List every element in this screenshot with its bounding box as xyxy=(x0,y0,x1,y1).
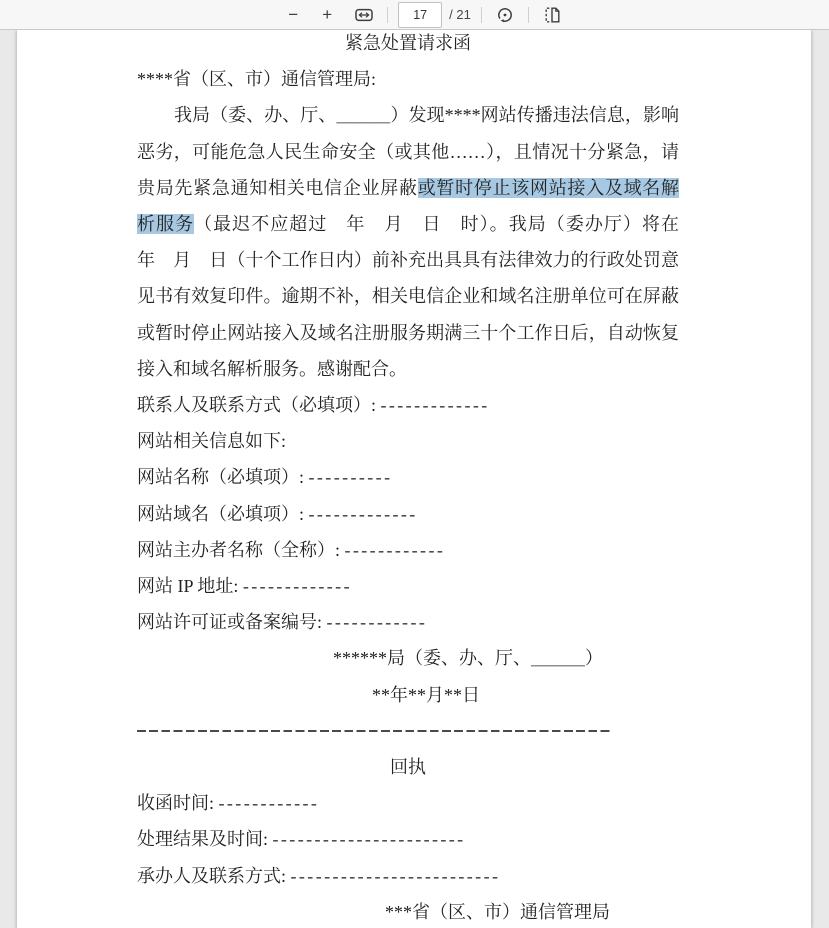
pdf-viewer: − + / 21 xyxy=(0,0,829,928)
form-field-contact: 联系人及联系方式（必填项）: ------------- xyxy=(137,387,679,423)
body-line-6: 见书有效复印件。逾期不补，相关电信企业和域名注册单位可在屏蔽 xyxy=(137,278,679,314)
text-segment: 贵局先紧急通知相关电信企业屏蔽 xyxy=(137,178,418,198)
text-segment: 网站主办者名称（全称）: xyxy=(137,540,345,560)
page-count-label: / 21 xyxy=(449,7,471,22)
pdf-page[interactable]: 紧急处置请求函****省（区、市）通信管理局:我局（委、办、厅、＿＿＿）发现**… xyxy=(17,29,811,928)
toolbar-separator xyxy=(387,7,388,23)
selection-highlight: 析服务 xyxy=(137,214,194,234)
text-segment: 我局（委、办、厅、＿＿＿）发现****网站传播违法信息，影响 xyxy=(174,105,679,125)
receipt-signature-org: ***省（区、市）通信管理局 xyxy=(137,894,679,928)
body-line-7: 或暂时停止网站接入及域名注册服务期满三十个工作日后，自动恢复 xyxy=(137,315,679,351)
receipt-field-received-time: 收函时间: ------------ xyxy=(137,785,679,821)
text-segment: ---------- xyxy=(309,467,393,487)
text-segment: ------------- xyxy=(381,395,490,415)
text-segment: 网站 IP 地址: xyxy=(137,576,243,596)
text-segment: （最迟不应超过 年 月 日 时）。我局（委办厅）将在 xyxy=(194,214,679,234)
form-field-ip: 网站 IP 地址: ------------- xyxy=(137,568,679,604)
toolbar-controls: − + / 21 xyxy=(280,2,565,28)
form-field-organizer: 网站主办者名称（全称）: ------------ xyxy=(137,532,679,568)
signature-org: ******局（委、办、厅、＿＿＿） xyxy=(137,640,679,676)
text-segment: ****省（区、市）通信管理局: xyxy=(137,69,376,89)
text-segment: 恶劣，可能危急人民生命安全（或其他……），且情况十分紧急，请 xyxy=(137,142,679,162)
document-body: 紧急处置请求函****省（区、市）通信管理局:我局（委、办、厅、＿＿＿）发现**… xyxy=(137,25,679,928)
text-segment: ------------------------- xyxy=(291,866,501,886)
text-segment: 紧急处置请求函 xyxy=(345,33,471,53)
text-segment: ------------ xyxy=(327,612,428,632)
text-segment: ******局（委、办、厅、＿＿＿） xyxy=(333,648,603,668)
zoom-out-button[interactable]: − xyxy=(280,2,306,28)
text-segment: ------------ xyxy=(219,793,320,813)
page-number-input[interactable] xyxy=(398,2,442,28)
plus-icon: + xyxy=(322,6,332,23)
receipt-title: 回执 xyxy=(137,749,679,785)
body-line-1: 我局（委、办、厅、＿＿＿）发现****网站传播违法信息，影响 xyxy=(137,97,679,133)
toolbar-separator xyxy=(481,7,482,23)
body-line-2: 恶劣，可能危急人民生命安全（或其他……），且情况十分紧急，请 xyxy=(137,134,679,170)
text-segment: ------------- xyxy=(309,504,418,524)
page-view-button[interactable] xyxy=(539,2,565,28)
text-segment: 或暂时停止网站接入及域名注册服务期满三十个工作日后，自动恢复 xyxy=(137,323,679,343)
text-segment: ------------- xyxy=(243,576,352,596)
body-line-5: 年 月 日（十个工作日内）前补充出具具有法律效力的行政处罚意 xyxy=(137,242,679,278)
text-segment: ***省（区、市）通信管理局 xyxy=(385,902,610,922)
text-segment: 接入和域名解析服务。感谢配合。 xyxy=(137,359,407,379)
text-segment: **年**月**日 xyxy=(372,685,480,705)
toolbar-separator xyxy=(528,7,529,23)
body-line-4: 析服务（最迟不应超过 年 月 日 时）。我局（委办厅）将在 xyxy=(137,206,679,242)
text-segment: 网站名称（必填项）: xyxy=(137,467,309,487)
form-field-domain: 网站域名（必填项）: ------------- xyxy=(137,496,679,532)
receipt-field-handler: 承办人及联系方式: ------------------------- xyxy=(137,858,679,894)
selection-highlight: 或暂时停止该网站接入及域名解 xyxy=(418,178,679,198)
text-segment: 见书有效复印件。逾期不补，相关电信企业和域名注册单位可在屏蔽 xyxy=(137,286,679,306)
fit-to-width-button[interactable] xyxy=(351,2,377,28)
minus-icon: − xyxy=(288,6,298,23)
doc-title: 紧急处置请求函 xyxy=(137,25,679,61)
form-field-site-name: 网站名称（必填项）: ---------- xyxy=(137,459,679,495)
text-segment: ------------ xyxy=(345,540,446,560)
text-segment: 处理结果及时间: xyxy=(137,829,273,849)
page-view-icon xyxy=(542,5,562,25)
text-segment: 收函时间: xyxy=(137,793,219,813)
form-field-license: 网站许可证或备案编号: ------------ xyxy=(137,604,679,640)
text-segment: 年 月 日（十个工作日内）前补充出具具有法律效力的行政处罚意 xyxy=(137,250,679,270)
fit-to-width-icon xyxy=(354,5,374,25)
signature-date: **年**月**日 xyxy=(137,677,679,713)
text-segment: 承办人及联系方式: xyxy=(137,866,291,886)
rotate-icon xyxy=(495,5,515,25)
text-segment: 网站许可证或备案编号: xyxy=(137,612,327,632)
dashed-divider xyxy=(137,713,679,749)
text-segment: 回执 xyxy=(390,757,426,777)
pdf-toolbar: − + / 21 xyxy=(0,0,829,30)
section-label-site-info: 网站相关信息如下: xyxy=(137,423,679,459)
zoom-in-button[interactable]: + xyxy=(314,2,340,28)
text-segment: 网站域名（必填项）: xyxy=(137,504,309,524)
text-segment: 网站相关信息如下: xyxy=(137,431,286,451)
receipt-field-result: 处理结果及时间: ----------------------- xyxy=(137,821,679,857)
text-segment: ----------------------- xyxy=(273,829,466,849)
rotate-button[interactable] xyxy=(492,2,518,28)
body-line-3: 贵局先紧急通知相关电信企业屏蔽或暂时停止该网站接入及域名解 xyxy=(137,170,679,206)
text-segment: 联系人及联系方式（必填项）: xyxy=(137,395,381,415)
body-line-8: 接入和域名解析服务。感谢配合。 xyxy=(137,351,679,387)
salutation-line: ****省（区、市）通信管理局: xyxy=(137,61,679,97)
